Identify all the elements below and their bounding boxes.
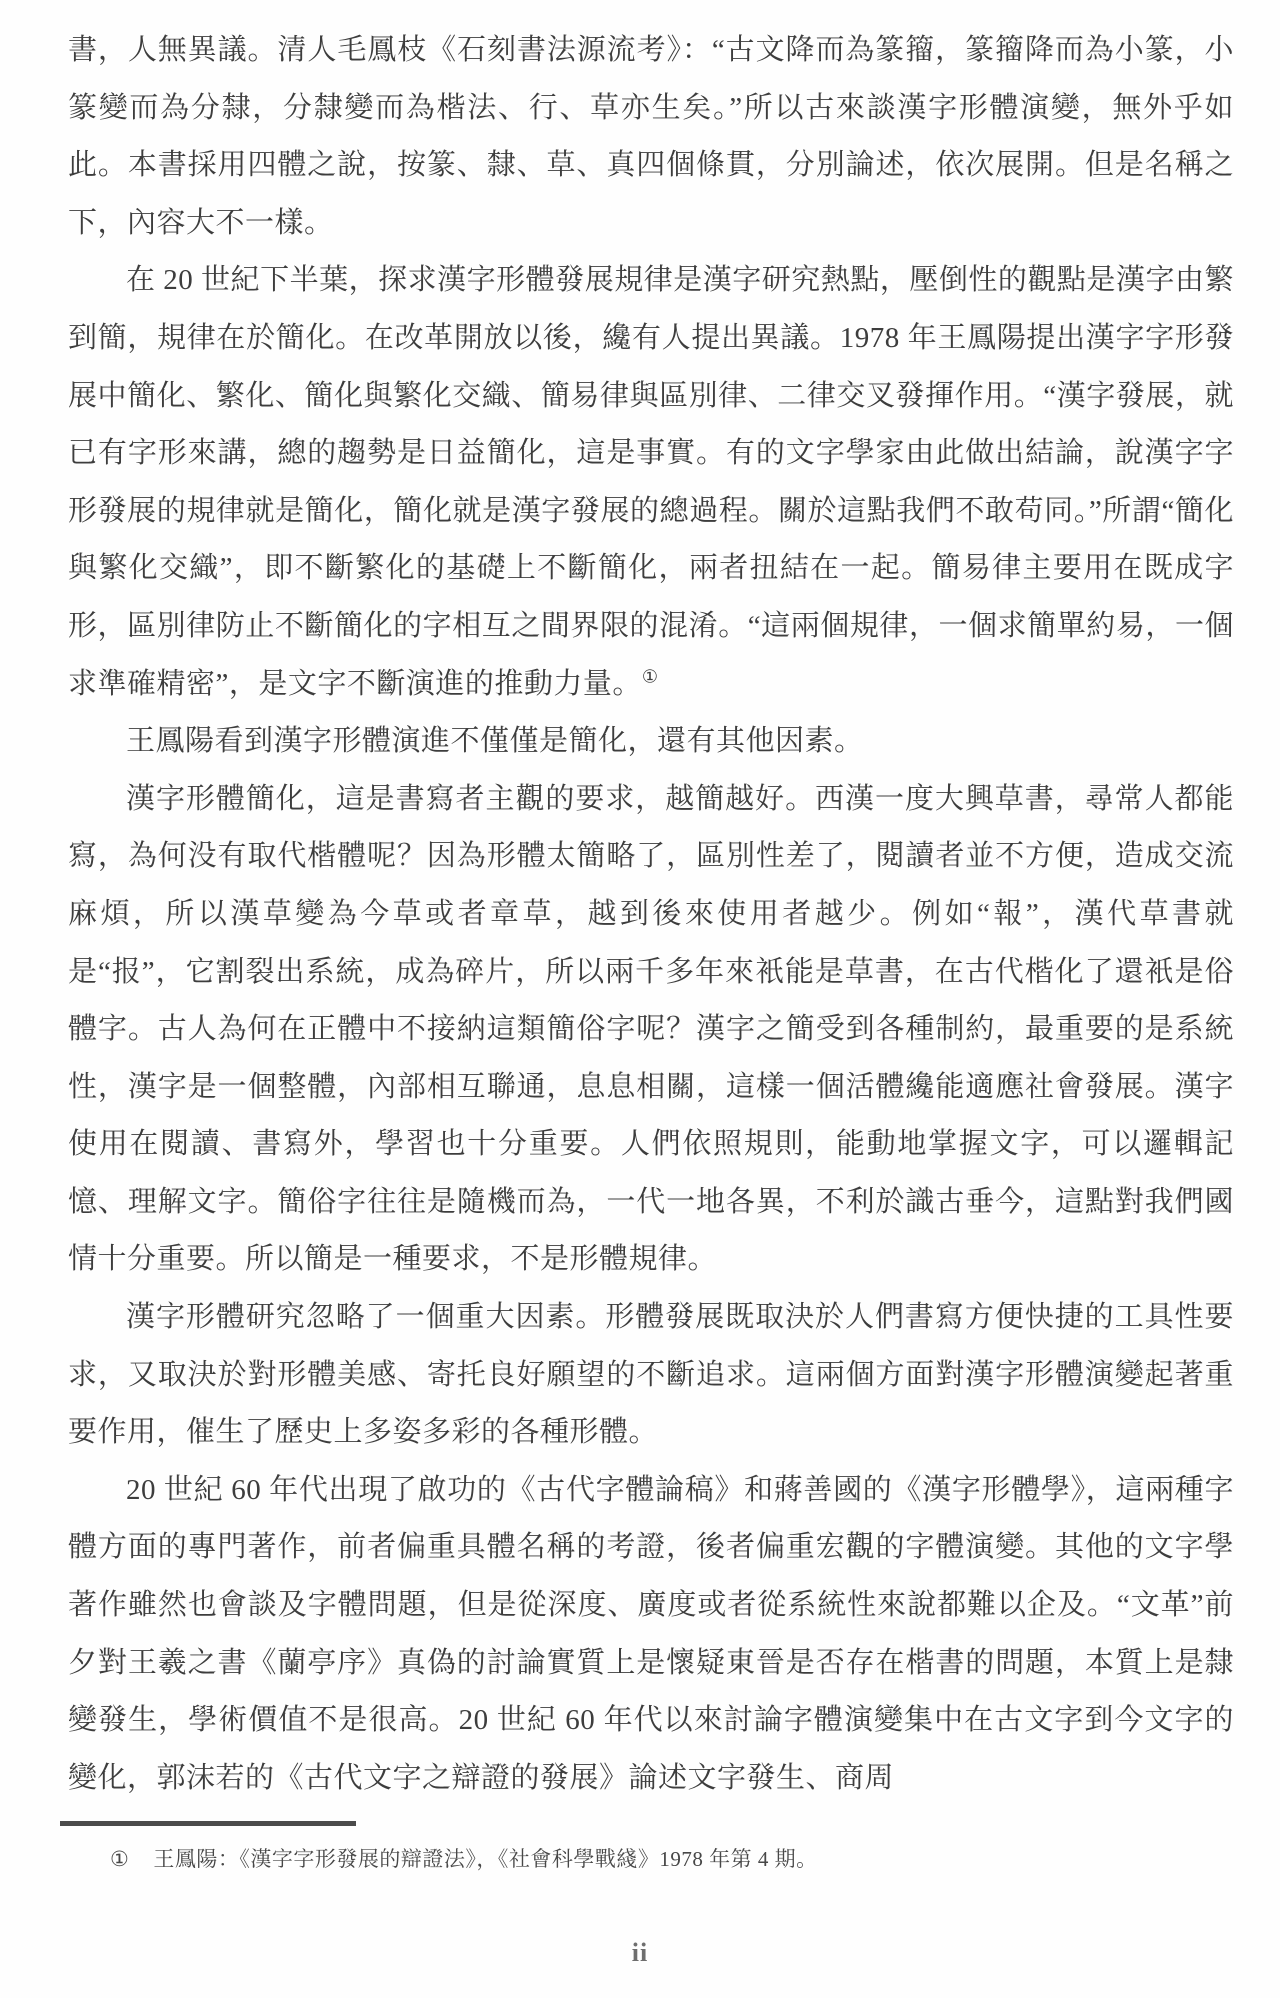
paragraph: 王鳳陽看到漢字形體演進不僅僅是簡化，還有其他因素。 (68, 713, 1234, 771)
book-page: 書，人無異議。清人毛鳳枝《石刻書法源流考》：“古文降而為篆籀，篆籀降而為小篆，小… (0, 0, 1280, 1998)
footnote-area: ①王鳳陽：《漢字字形發展的辯證法》，《社會科學戰綫》1978 年第 4 期。 (60, 1821, 1234, 1874)
paragraph: 20 世紀 60 年代出現了啟功的《古代字體論稿》和蔣善國的《漢字形體學》，這兩… (68, 1462, 1234, 1808)
paragraph-text: 20 世紀 60 年代出現了啟功的《古代字體論稿》和蔣善國的《漢字形體學》，這兩… (68, 1474, 1234, 1794)
footnote-reference-mark: ① (642, 666, 659, 686)
paragraph-text: 漢字形體研究忽略了一個重大因素。形體發展既取決於人們書寫方便快捷的工具性要求，又… (68, 1301, 1234, 1448)
page-number: ii (0, 1938, 1280, 1968)
paragraph-text: 王鳳陽看到漢字形體演進不僅僅是簡化，還有其他因素。 (126, 725, 864, 757)
paragraph-text: 在 20 世紀下半葉，探求漢字形體發展規律是漢字研究熱點，壓倒性的觀點是漢字由繁… (68, 264, 1234, 699)
paragraph-continuation: 書，人無異議。清人毛鳳枝《石刻書法源流考》：“古文降而為篆籀，篆籀降而為小篆，小… (68, 22, 1234, 252)
paragraph-text: 書，人無異議。清人毛鳳枝《石刻書法源流考》：“古文降而為篆籀，篆籀降而為小篆，小… (68, 34, 1234, 239)
footnote-text: 王鳳陽：《漢字字形發展的辯證法》，《社會科學戰綫》1978 年第 4 期。 (153, 1847, 817, 1871)
body-text: 書，人無異議。清人毛鳳枝《石刻書法源流考》：“古文降而為篆籀，篆籀降而為小篆，小… (68, 22, 1234, 1807)
footnote-divider (60, 1821, 356, 1826)
footnote-marker: ① (110, 1844, 129, 1874)
paragraph: 漢字形體簡化，這是書寫者主觀的要求，越簡越好。西漢一度大興草書，尋常人都能寫，為… (68, 771, 1234, 1289)
paragraph: 漢字形體研究忽略了一個重大因素。形體發展既取決於人們書寫方便快捷的工具性要求，又… (68, 1289, 1234, 1462)
footnote: ①王鳳陽：《漢字字形發展的辯證法》，《社會科學戰綫》1978 年第 4 期。 (60, 1844, 1234, 1874)
paragraph: 在 20 世紀下半葉，探求漢字形體發展規律是漢字研究熱點，壓倒性的觀點是漢字由繁… (68, 252, 1234, 713)
paragraph-text: 漢字形體簡化，這是書寫者主觀的要求，越簡越好。西漢一度大興草書，尋常人都能寫，為… (68, 783, 1234, 1276)
